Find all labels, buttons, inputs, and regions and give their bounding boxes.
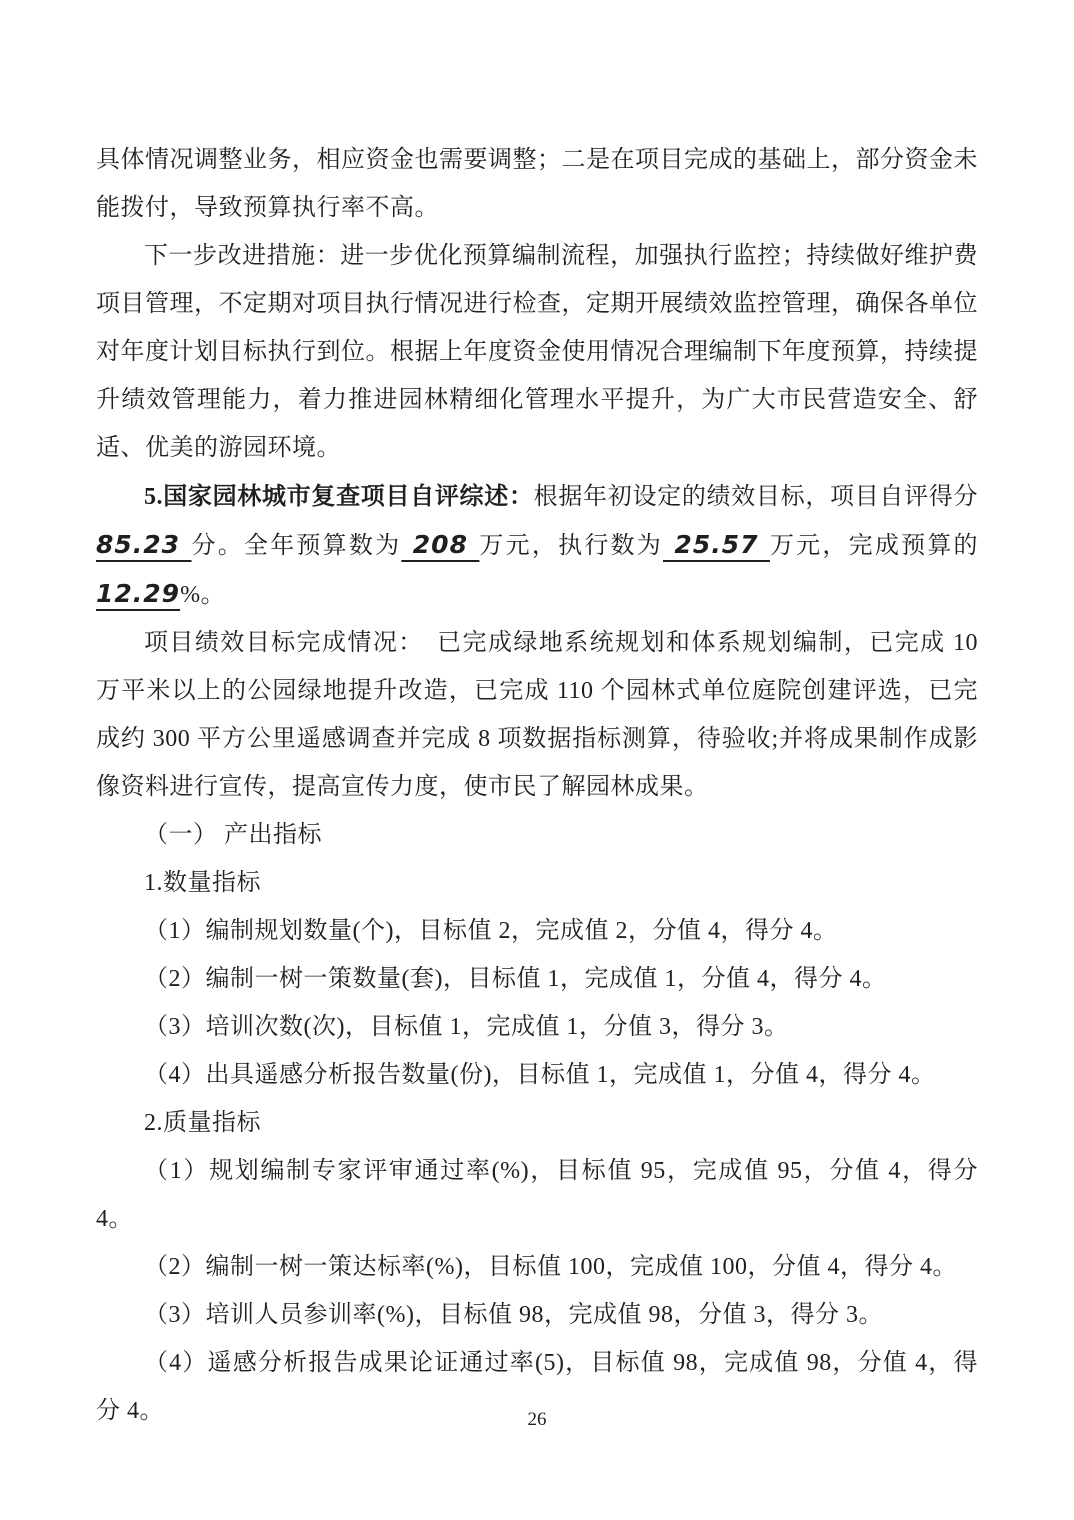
text-segment: 1.数量指标 — [144, 870, 261, 896]
text-segment: 万元，执行数为 — [479, 533, 663, 559]
text-segment: 2.质量指标 — [144, 1110, 261, 1136]
text-segment: （2）编制一树一策数量(套)，目标值 1，完成值 1，分值 4，得分 4。 — [144, 966, 886, 992]
text-segment: （4）出具遥感分析报告数量(份)，目标值 1，完成值 1，分值 4，得分 4。 — [144, 1062, 935, 1088]
paragraph: （1）规划编制专家评审通过率(%)，目标值 95，完成值 95，分值 4，得分 … — [96, 1147, 978, 1243]
paragraph: （1）编制规划数量(个)，目标值 2，完成值 2，分值 4，得分 4。 — [96, 907, 978, 955]
paragraph: （4）出具遥感分析报告数量(份)，目标值 1，完成值 1，分值 4，得分 4。 — [96, 1051, 978, 1099]
paragraph: （3）培训人员参训率(%)，目标值 98，完成值 98，分值 3，得分 3。 — [96, 1291, 978, 1339]
page-number: 26 — [0, 1408, 1074, 1432]
paragraph: 5.国家园林城市复查项目自评综述：根据年初设定的绩效目标，项目自评得分 85.2… — [96, 472, 978, 619]
paragraph: 1.数量指标 — [96, 859, 978, 907]
text-segment: %。 — [180, 582, 225, 608]
document-body: 具体情况调整业务，相应资金也需要调整；二是在项目完成的基础上，部分资金未能拨付，… — [96, 136, 978, 1435]
paragraph: 项目绩效目标完成情况： 已完成绿地系统规划和体系规划编制，已完成 10 万平米以… — [96, 619, 978, 811]
text-segment: 分。全年预算数为 — [192, 533, 402, 559]
paragraph: 下一步改进措施：进一步优化预算编制流程，加强执行监控；持续做好维护费项目管理，不… — [96, 232, 978, 472]
text-segment: 项目绩效目标完成情况： 已完成绿地系统规划和体系规划编制，已完成 10 万平米以… — [96, 630, 978, 800]
score-value: 85.23 — [96, 530, 192, 559]
section-heading: 5.国家园林城市复查项目自评综述： — [144, 484, 534, 510]
text-segment: （3）培训人员参训率(%)，目标值 98，完成值 98，分值 3，得分 3。 — [144, 1302, 883, 1328]
paragraph: 具体情况调整业务，相应资金也需要调整；二是在项目完成的基础上，部分资金未能拨付，… — [96, 136, 978, 232]
paragraph: （2）编制一树一策达标率(%)，目标值 100，完成值 100，分值 4，得分 … — [96, 1243, 978, 1291]
score-value: 12.29 — [96, 579, 180, 608]
paragraph: （3）培训次数(次)，目标值 1，完成值 1，分值 3，得分 3。 — [96, 1003, 978, 1051]
document-page: 具体情况调整业务，相应资金也需要调整；二是在项目完成的基础上，部分资金未能拨付，… — [0, 0, 1074, 1520]
text-segment: 根据年初设定的绩效目标，项目自评得分 — [534, 484, 978, 510]
score-value: 208 — [401, 530, 479, 559]
text-segment: （3）培训次数(次)，目标值 1，完成值 1，分值 3，得分 3。 — [144, 1014, 788, 1040]
paragraph: （2）编制一树一策数量(套)，目标值 1，完成值 1，分值 4，得分 4。 — [96, 955, 978, 1003]
text-segment: （1）规划编制专家评审通过率(%)，目标值 95，完成值 95，分值 4，得分 … — [96, 1158, 978, 1232]
paragraph: （一） 产出指标 — [96, 811, 978, 859]
text-segment: 下一步改进措施：进一步优化预算编制流程，加强执行监控；持续做好维护费项目管理，不… — [96, 243, 978, 461]
text-segment: （1）编制规划数量(个)，目标值 2，完成值 2，分值 4，得分 4。 — [144, 918, 837, 944]
text-segment: （2）编制一树一策达标率(%)，目标值 100，完成值 100，分值 4，得分 … — [144, 1254, 957, 1280]
paragraph: 2.质量指标 — [96, 1099, 978, 1147]
text-segment: 万元，完成预算的 — [770, 533, 978, 559]
text-segment: 具体情况调整业务，相应资金也需要调整；二是在项目完成的基础上，部分资金未能拨付，… — [96, 147, 978, 221]
score-value: 25.57 — [663, 530, 770, 559]
text-segment: （一） 产出指标 — [144, 822, 322, 848]
